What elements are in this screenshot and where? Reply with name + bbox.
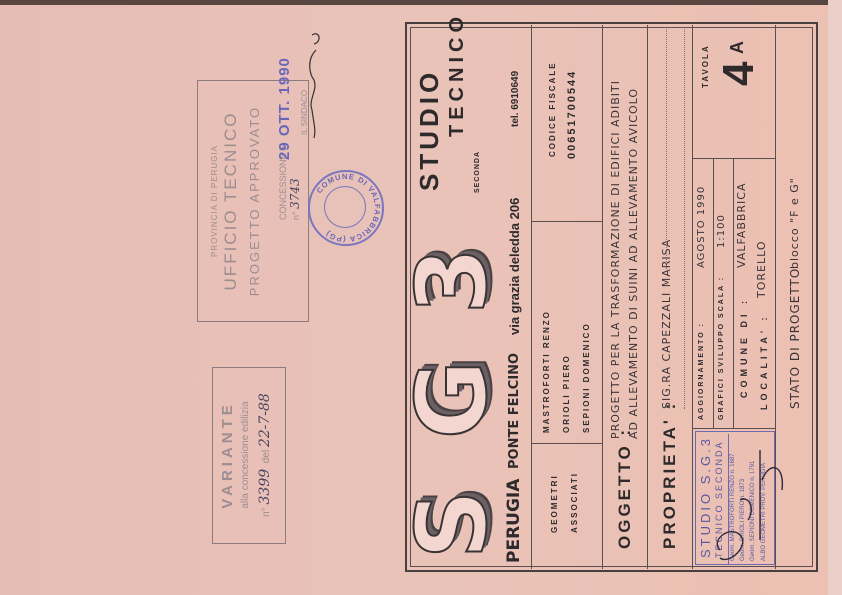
- stato-label: STATO DI PROGETTO: [788, 268, 802, 409]
- concessione-number: 3743: [288, 178, 302, 209]
- address: via grazia deledda 206: [507, 198, 522, 335]
- name-3: SEPIONI DOMENICO: [582, 322, 591, 433]
- tavola-label: TAVOLA: [701, 44, 710, 88]
- stamp-approved: PROGETTO APPROVATO: [247, 87, 262, 315]
- tavola-suffix: A: [727, 41, 748, 54]
- stamp-office: UFFICIO TECNICO: [221, 87, 241, 315]
- codice-fiscale-cell: CODICE FISCALE 00651700544: [532, 25, 602, 221]
- variante-subtitle: alla concessione edilizia: [240, 370, 251, 540]
- localita-label: LOCALITA' :: [759, 314, 769, 410]
- names-cell: MASTROFORTI RENZO ORIOLI PIERO SEPIONI D…: [532, 221, 602, 443]
- logo-area: S G 3 PERUGIA PONTE FELCINO via grazia d…: [408, 197, 531, 569]
- tavola-number: 4: [717, 62, 761, 86]
- variante-del-label: del: [261, 450, 272, 463]
- oggetto-line-2: AD ALLEVAMENTO DI SUINI AD ALLEVAMENTO A…: [627, 88, 640, 439]
- localita-value: TORELLO: [755, 241, 768, 299]
- svg-text:COMUNE DI VALFABBRICA (PG): COMUNE DI VALFABBRICA (PG): [315, 172, 382, 244]
- variante-title: VARIANTE: [219, 370, 236, 540]
- oggetto-band: OGGETTO : PROGETTO PER LA TRASFORMAZIONE…: [603, 25, 648, 569]
- proprieta-label: PROPRIETA' :: [660, 401, 680, 549]
- logo-band: S G 3 PERUGIA PONTE FELCINO via grazia d…: [408, 25, 532, 569]
- tavola-cell: TAVOLA 4 A: [693, 25, 775, 159]
- geometri-label-cell: GEOMETRI ASSOCIATI: [532, 443, 602, 569]
- seal-text: COMUNE DI VALFABBRICA (PG): [310, 172, 382, 244]
- district: PONTE FELCINO: [507, 353, 522, 469]
- name-1: MASTROFORTI RENZO: [542, 310, 551, 433]
- scan-border-top: [0, 0, 842, 5]
- paper-edge: [828, 0, 842, 595]
- geometri-band: GEOMETRI ASSOCIATI MASTROFORTI RENZO ORI…: [532, 25, 603, 569]
- proprieta-band: PROPRIETA' : SIG.RA CAPEZZALI MARISA: [648, 25, 693, 569]
- signature-icon: [700, 440, 810, 575]
- date-stamp: 29 OTT. 1990: [276, 20, 300, 160]
- logo-letter-s: S: [404, 490, 500, 559]
- oggetto-line-1: PROGETTO PER LA TRASFORMAZIONE DI EDIFIC…: [609, 80, 622, 439]
- variante-number: 3399: [257, 469, 273, 505]
- logo-letter-g: G: [404, 360, 500, 439]
- studio-name-area: STUDIO TECNICO SECONDA tel. 6910649: [408, 25, 531, 197]
- aggiornamento-value: AGOSTO 1990: [696, 186, 707, 268]
- comune-seal: COMUNE DI VALFABBRICA (PG): [308, 170, 384, 246]
- name-2: ORIOLI PIERO: [562, 354, 571, 433]
- variante-number-label: n°: [261, 507, 272, 517]
- codice-fiscale-value: 00651700544: [566, 70, 578, 159]
- telephone: tel. 6910649: [510, 71, 521, 127]
- stato-value: blocco "F e G": [788, 177, 801, 269]
- comune-value: VALFABBRICA: [735, 182, 748, 268]
- grafici-label: GRAFICI SVILUPPO SCALA :: [718, 276, 725, 420]
- aggiornamento-label: AGGIORNAMENTO :: [698, 322, 705, 420]
- seconda-label: SECONDA: [474, 151, 481, 193]
- geometri-label: GEOMETRI: [550, 474, 559, 533]
- codice-fiscale-label: CODICE FISCALE: [548, 61, 557, 157]
- city: PERUGIA: [504, 479, 524, 563]
- comune-label: COMUNE DI :: [739, 297, 749, 398]
- studio-label: STUDIO: [414, 69, 445, 191]
- associati-label: ASSOCIATI: [570, 472, 579, 533]
- oggetto-label: OGGETTO :: [615, 427, 635, 549]
- scala-value: 1:100: [716, 214, 727, 248]
- logo-letter-3: 3: [404, 247, 500, 314]
- stamp-province: PROVINCIA DI PERUGIA: [210, 87, 219, 315]
- dotted-line: [666, 29, 667, 269]
- tecnico-label: TECNICO: [446, 12, 469, 137]
- variante-date: 22-7-88: [257, 393, 273, 447]
- signature-icon: [300, 30, 330, 140]
- dotted-line: [684, 29, 685, 409]
- details-cell: AGGIORNAMENTO : AGOSTO 1990 GRAFICI SVIL…: [693, 159, 775, 429]
- variante-stamp: VARIANTE alla concessione edilizia n° 33…: [212, 367, 286, 544]
